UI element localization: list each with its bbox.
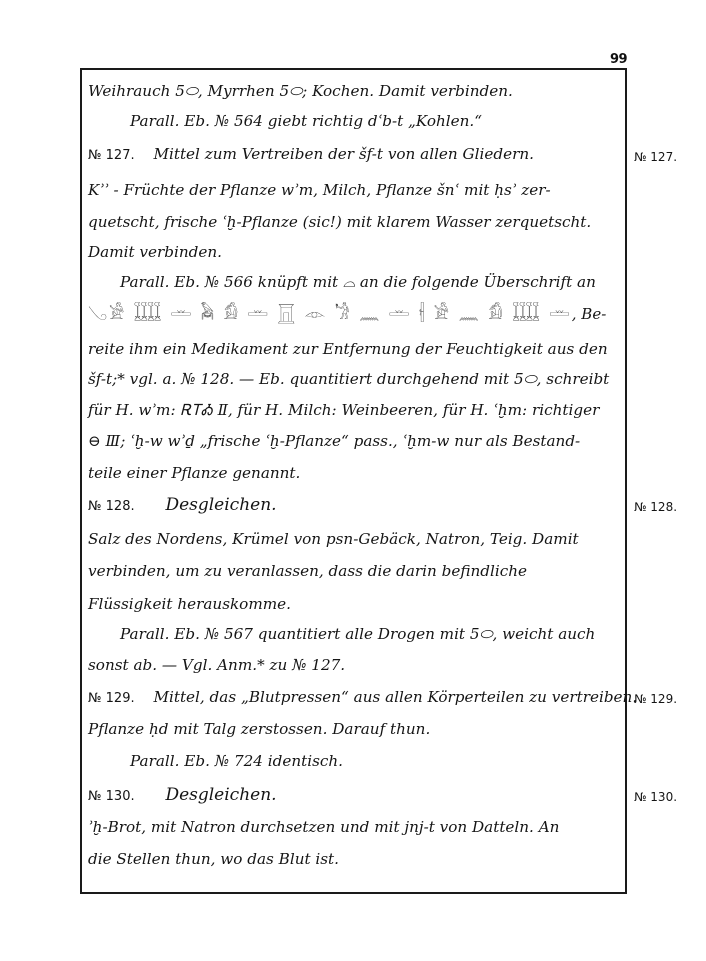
text-line: ʾḫ-Brot, mit Natron durchsetzen und mit …: [88, 818, 559, 836]
entry-number: № 128.: [88, 499, 135, 514]
parallel-note: Parall. Eb. № 566 knüpft mit ⌓ an die fo…: [120, 273, 596, 292]
hieroglyphs: 𓂅𓀀 𓆿 𓏛 𓅉 𓀁 𓏛 𓉱 𓁹 𓁋 𓈖 𓏛 𓇩 𓀀 𓈖 𓀁 𓆿 𓏛: [88, 304, 572, 324]
text-line: verbinden, um zu veranlassen, dass die d…: [88, 562, 527, 580]
parallel-note: Parall. Eb. № 724 identisch.: [130, 752, 343, 770]
margin-label-129: № 129.: [634, 692, 677, 706]
text-line: Pflanze ḥd mit Talg zerstossen. Darauf t…: [88, 720, 430, 738]
text-line: Flüssigkeit herauskomme.: [88, 595, 291, 613]
entry-number: № 130.: [88, 789, 135, 804]
entry-title: Mittel, das „Blutpressen“ aus allen Körp…: [153, 688, 637, 706]
text-line: die Stellen thun, wo das Blut ist.: [88, 850, 339, 868]
entry-130: № 130. Desgleichen.: [88, 785, 277, 805]
text-line: teile einer Pflanze genannt.: [88, 464, 300, 482]
text-line: reite ihm ein Medikament zur Entfernung …: [88, 340, 608, 358]
entry-128: № 128. Desgleichen.: [88, 495, 277, 515]
entry-title: Desgleichen.: [165, 495, 276, 515]
margin-label-130: № 130.: [634, 790, 677, 804]
text-line: Weihrauch 5⬭, Myrrhen 5⬭; Kochen. Damit …: [88, 82, 513, 101]
entry-title: Desgleichen.: [165, 785, 276, 805]
margin-label-127: № 127.: [634, 150, 677, 164]
text-line: Salz des Nordens, Krümel von psn-Gebäck,…: [88, 530, 579, 548]
text-line: Damit verbinden.: [88, 243, 222, 261]
text-line: Kʾʾ - Früchte der Pflanze wʾm, Milch, Pf…: [88, 181, 551, 199]
parallel-note: Parall. Eb. № 564 giebt richtig dʿb-t „K…: [130, 112, 482, 130]
text-line: quetscht, frische ʿḫ-Pflanze (sic!) mit …: [88, 213, 591, 231]
text-line: šf-t;* vgl. a. № 128. — Eb. quantitiert …: [88, 370, 609, 389]
text-line: ⊖ Ⅲ; ʿḫ-w wʾḏ „frische ʿḫ-Pflanze“ pass.…: [88, 432, 580, 450]
entry-127: № 127. Mittel zum Vertreiben der šf-t vo…: [88, 145, 534, 163]
hieroglyph-line: 𓂅𓀀 𓆿 𓏛 𓅉 𓀁 𓏛 𓉱 𓁹 𓁋 𓈖 𓏛 𓇩 𓀀 𓈖 𓀁 𓆿 𓏛, Be-: [88, 296, 606, 325]
parallel-note: Parall. Eb. № 567 quantitiert alle Droge…: [120, 625, 595, 644]
entry-number: № 129.: [88, 691, 135, 706]
margin-label-128: № 128.: [634, 500, 677, 514]
entry-title: Mittel zum Vertreiben der šf-t von allen…: [153, 145, 534, 163]
text-line: für H. wʾm: ᎡᎢᎣ Ⅱ, für H. Milch: Weinbee…: [88, 401, 599, 420]
page-number: 99: [610, 52, 627, 67]
entry-number: № 127.: [88, 148, 135, 163]
text-line: sonst ab. — Vgl. Anm.* zu № 127.: [88, 656, 345, 674]
hieroglyph-trailing-text: , Be-: [572, 305, 607, 323]
entry-129: № 129. Mittel, das „Blutpressen“ aus all…: [88, 688, 637, 706]
